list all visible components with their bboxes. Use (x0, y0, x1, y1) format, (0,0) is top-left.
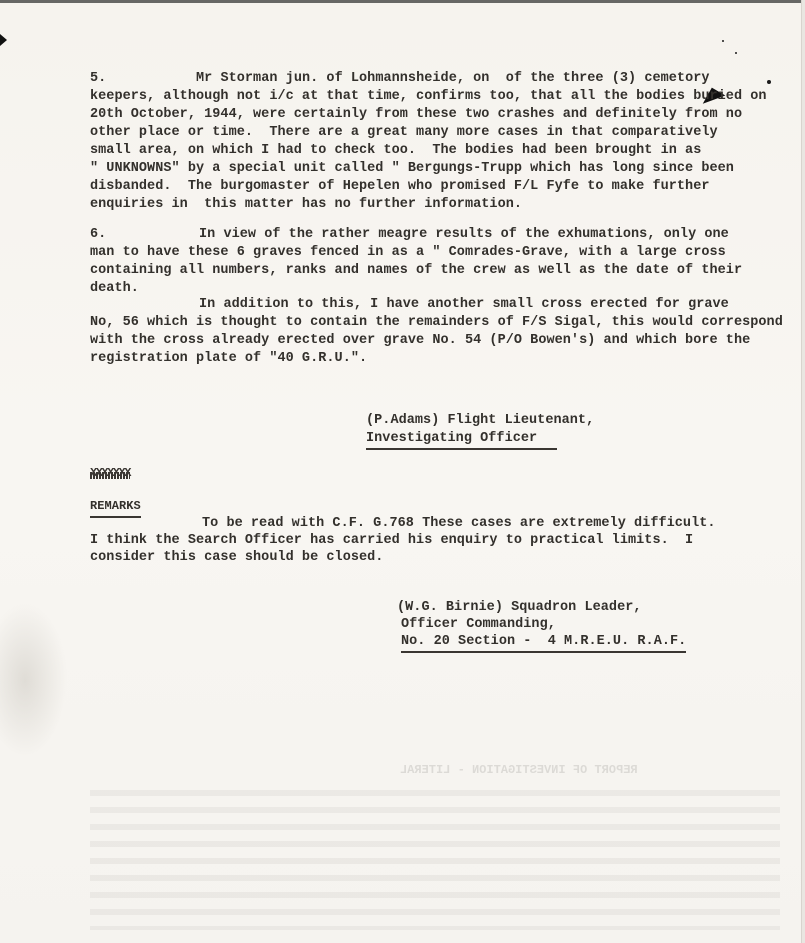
paragraph-5-line: disbanded. The burgomaster of Hepelen wh… (90, 178, 710, 196)
signature-2-name: (W.G. Birnie) Squadron Leader, (397, 599, 642, 617)
remarks-line: consider this case should be closed. (90, 549, 383, 567)
signature-1-title: Investigating Officer (366, 430, 557, 450)
signature-2-unit: No. 20 Section - 4 M.R.E.U. R.A.F. (401, 633, 686, 653)
paragraph-6b-line: registration plate of "40 G.R.U.". (90, 350, 367, 368)
paragraph-5-line: 20th October, 1944, were certainly from … (90, 106, 742, 124)
document-page: 5. Mr Storman jun. of Lohmannsheide, on … (0, 0, 805, 943)
paragraph-6b-line: In addition to this, I have another smal… (199, 296, 729, 314)
bleed-through-heading: REPORT OF INVESTIGATION - LITERAL (400, 762, 638, 779)
page-right-edge (801, 0, 805, 943)
paragraph-6-line: containing all numbers, ranks and names … (90, 262, 742, 280)
paragraph-5-line: keepers, although not i/c at that time, … (90, 88, 767, 106)
remarks-line: I think the Search Officer has carried h… (90, 532, 693, 550)
paragraph-5-line: small area, on which I had to check too.… (90, 142, 701, 160)
struck-out-heading: XXXXXXX (90, 466, 130, 480)
remarks-heading: REMARKS (90, 498, 141, 518)
ink-dot-icon (722, 40, 724, 42)
paragraph-6-line: death. (90, 280, 139, 298)
page-top-edge (0, 0, 805, 3)
signature-1-name: (P.Adams) Flight Lieutenant, (366, 412, 594, 430)
punch-mark-icon (0, 34, 7, 46)
paragraph-5-line: " UNKNOWNS" by a special unit called " B… (90, 160, 734, 178)
signature-2-title: Officer Commanding, (401, 616, 556, 634)
ink-dot-icon (735, 52, 737, 54)
paragraph-6-number: 6. (90, 226, 106, 244)
paragraph-5-line: Mr Storman jun. of Lohmannsheide, on of … (196, 70, 710, 88)
paragraph-6-line: In view of the rather meagre results of … (199, 226, 729, 244)
bleed-through-text-block (90, 790, 780, 930)
paragraph-5-line: enquiries in this matter has no further … (90, 196, 522, 214)
paragraph-6b-line: with the cross already erected over grav… (90, 332, 750, 350)
paragraph-5-line: other place or time. There are a great m… (90, 124, 718, 142)
paragraph-6b-line: No, 56 which is thought to contain the r… (90, 314, 783, 332)
paragraph-5-number: 5. (90, 70, 106, 88)
ink-dot-icon (767, 80, 771, 84)
remarks-line: To be read with C.F. G.768 These cases a… (202, 515, 716, 533)
paragraph-6-line: man to have these 6 graves fenced in as … (90, 244, 726, 262)
